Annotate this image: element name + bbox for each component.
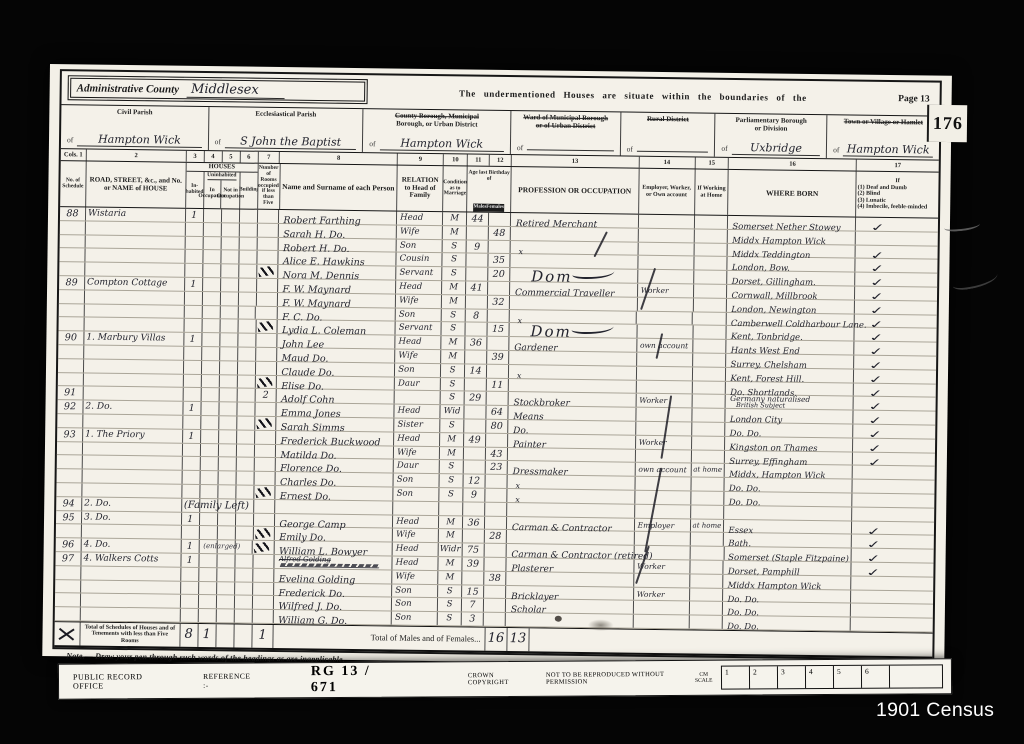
cell-building (235, 582, 253, 595)
cell-uninhabited-occ (203, 250, 221, 263)
cell-road (81, 594, 181, 608)
cell-relation: Son (395, 363, 441, 376)
cell-condition: S (440, 460, 464, 473)
district-of-line: ofHampton Wick (365, 137, 508, 152)
cell-rooms (257, 251, 279, 264)
totals-rooms: 1 (252, 625, 274, 648)
district-value: Uxbridge (732, 142, 821, 156)
cell-employer (638, 256, 694, 270)
cell-at-home: at home (691, 464, 725, 477)
cell-schedule (58, 373, 84, 386)
cell-uninhabited-occ (202, 319, 220, 332)
cell-name: George Camp (275, 514, 393, 528)
cell-age-female: 15 (487, 323, 509, 336)
district-value: Hampton Wick (77, 133, 202, 148)
cell-age-female (484, 599, 506, 612)
totals-blank (529, 628, 932, 656)
cell-age-male (464, 447, 486, 460)
header-age-title: Age last Birthday of (468, 166, 511, 182)
cell-infirmity: ✓ (856, 218, 938, 232)
cell-age-female (485, 502, 507, 515)
district-label: Town or Village or Hamlet (829, 118, 937, 127)
cell-rooms (254, 486, 276, 499)
of-word: of (369, 139, 375, 148)
cell-name: Claude Do. (277, 362, 395, 376)
cell-inhabited (184, 347, 202, 360)
cell-condition: M (439, 529, 463, 542)
header-schedule: No. of Schedule (60, 161, 87, 206)
cell-uninhabited-occ (203, 278, 221, 291)
cell-uninhabited-occ (200, 471, 218, 484)
cell-name: John Lee (278, 334, 396, 348)
cell-employer (637, 311, 693, 325)
cell-road (81, 566, 181, 580)
cell-schedule (57, 414, 83, 427)
cell-age-female: 23 (486, 461, 508, 474)
header-uninh-not-occupied: Not in Occupation (221, 180, 239, 209)
of-word: of (215, 137, 221, 146)
cell-condition: S (438, 598, 462, 611)
cell-name: Adolf Cohn (277, 389, 395, 403)
column-number: 15 (695, 157, 729, 168)
cell-relation: Head (395, 405, 441, 418)
cell-relation: Head (393, 556, 439, 569)
cell-condition: S (443, 240, 467, 253)
cell-rooms: 2 (255, 389, 277, 402)
of-word: of (833, 145, 839, 154)
cell-profession: Scholar (506, 599, 634, 613)
cell-uninhabited-not (218, 485, 236, 498)
cell-road (86, 221, 186, 235)
cell-rooms (253, 513, 275, 526)
cell-age-male (466, 254, 488, 267)
district-label: Ecclesiastical Parish (211, 110, 361, 119)
cell-profession: Gardener (509, 337, 637, 351)
administrative-county-value: Middlesex (187, 82, 285, 99)
cell-at-home (692, 381, 726, 394)
cell-schedule: 93 (57, 428, 83, 441)
cell-infirmity (851, 576, 933, 590)
cell-name: Maud Do. (278, 348, 396, 362)
cell-condition: S (442, 309, 466, 322)
cell-uninhabited-occ (201, 430, 219, 443)
cell-profession: Dressmaker (508, 461, 636, 475)
cell-building (236, 513, 254, 526)
cell-uninhabited-not (216, 609, 234, 622)
cell-at-home (694, 284, 728, 297)
district-cell: Ward of Municipal Boroughor of Urban Dis… (511, 111, 621, 155)
cell-road: 4. Walkers Cotts (81, 552, 181, 566)
cell-relation: Sister (394, 418, 440, 431)
header-name: Name and Surname of each Person (280, 164, 398, 211)
cell-name: Frederick Buckwood (277, 431, 395, 445)
cell-condition: Wid (440, 405, 464, 418)
cell-condition: M (440, 447, 464, 460)
cell-rooms (257, 237, 279, 250)
cell-uninhabited-occ (199, 568, 217, 581)
cell-at-home (690, 574, 724, 587)
cell-at-home (691, 450, 725, 463)
cell-age-male: 9 (463, 488, 485, 501)
cell-at-home (690, 588, 724, 601)
cell-building (239, 265, 257, 278)
cell-name: William L. Bowyer (275, 541, 393, 555)
cell-at-home (692, 395, 726, 408)
cell-condition: S (439, 488, 463, 501)
cell-where-born: Cornwall, Millbrook (727, 285, 855, 299)
scale-cell: 3 (778, 666, 806, 688)
cell-rooms (255, 417, 277, 430)
pencil-annotation (951, 268, 999, 292)
cell-where-born: Somerset Nether Stowey (728, 216, 856, 230)
cell-relation: Son (396, 308, 442, 321)
cell-relation: Head (393, 543, 439, 556)
totals-cross-mark (54, 622, 80, 645)
cell-age-male: 36 (463, 516, 485, 529)
house-separator-mark (254, 487, 270, 498)
cell-age-male (467, 226, 489, 239)
district-label-line: Borough, or Urban District (365, 120, 508, 129)
cell-profession: x (507, 489, 635, 503)
cell-uninhabited-occ (201, 402, 219, 415)
district-label-line: Rural District (623, 116, 713, 125)
cell-where-born: Dorset, Pamphill (724, 561, 852, 575)
cell-schedule (56, 483, 82, 496)
cell-profession (506, 572, 634, 586)
cell-name: Robert Farthing (279, 210, 397, 224)
cell-building (238, 292, 256, 305)
cell-schedule (57, 442, 83, 455)
cell-age-male: 49 (464, 433, 486, 446)
cell-condition: M (442, 281, 466, 294)
cell-road (85, 304, 185, 318)
cell-age-female: 38 (484, 571, 506, 584)
cell-uninhabited-occ (202, 347, 220, 360)
header-condition: Condition as to Marriage (443, 166, 468, 211)
cell-where-born: Somerset (Staple Fitzpaine) (724, 547, 852, 561)
cell-profession (507, 530, 635, 544)
cell-at-home (694, 271, 728, 284)
cell-building (236, 444, 254, 457)
totals-males: 16 (485, 628, 507, 651)
cell-age-male: 36 (465, 337, 487, 350)
cell-inhabited (183, 443, 201, 456)
cell-profession: x (509, 365, 637, 379)
cell-infirmity: ✓ (855, 300, 937, 314)
column-number: 4 (204, 151, 222, 162)
cell-age-female (485, 516, 507, 529)
cell-schedule (56, 524, 82, 537)
cell-relation: Head (394, 432, 440, 445)
cell-rooms (256, 334, 278, 347)
cell-employer (637, 325, 693, 339)
cell-inhabited (183, 388, 201, 401)
cell-uninhabited-not (220, 333, 238, 346)
cell-employer (637, 366, 693, 380)
cell-rooms (256, 320, 278, 333)
cell-name: Emma Jones (277, 403, 395, 417)
cell-employer: own account (635, 463, 691, 477)
totals-females: 13 (507, 628, 529, 651)
cell-road (85, 290, 185, 304)
cell-uninhabited-not (218, 444, 236, 457)
cell-name: Florence Do. (276, 458, 394, 472)
cell-uninhabited-not (217, 554, 235, 567)
cell-age-male: 41 (466, 281, 488, 294)
cell-at-home (692, 436, 726, 449)
cell-name: Alfred Golding (275, 555, 393, 569)
cell-age-male (464, 406, 486, 419)
house-separator-mark (256, 321, 272, 332)
cell-uninhabited-occ (202, 306, 220, 319)
district-cell: Ecclesiastical ParishofS John the Baptis… (209, 107, 364, 152)
cell-uninhabited-occ (199, 526, 217, 539)
cell-age-female (487, 365, 509, 378)
cell-rooms (255, 361, 277, 374)
cell-condition: M (440, 433, 464, 446)
cell-schedule (59, 290, 85, 303)
cell-where-born: Do. Do. (726, 423, 854, 437)
cell-profession: Means (508, 406, 636, 420)
district-of-line: of (513, 143, 618, 153)
cell-road (82, 525, 182, 539)
cell-age-male: 7 (462, 599, 484, 612)
cell-at-home (691, 505, 725, 518)
cell-inhabited (183, 374, 201, 387)
district-label: Rural District (623, 116, 713, 125)
totals-uninhabited: 1 (198, 624, 216, 647)
cell-relation: Wife (395, 350, 441, 363)
cell-uninhabited-not (217, 527, 235, 540)
cell-profession: Dom (510, 268, 638, 282)
cell-where-born: Middx Teddington (728, 243, 856, 257)
cell-road: 1. The Priory (83, 428, 183, 442)
cell-relation: Daur (394, 460, 440, 473)
cell-age-male: 8 (466, 309, 488, 322)
cell-relation (393, 501, 439, 514)
record-office-strip: PUBLIC RECORD OFFICE REFERENCE :- RG 13 … (58, 658, 952, 699)
cell-age-female (487, 392, 509, 405)
cell-employer (638, 270, 694, 284)
cell-name: F. W. Maynard (279, 279, 397, 293)
cell-age-female (487, 337, 509, 350)
cm-scale-label: CM SCALE (691, 672, 716, 684)
cell-road: Wistaria (86, 207, 186, 221)
district-cell: Civil ParishofHampton Wick (61, 105, 209, 150)
header-relation: RELATION to Head of Family (397, 166, 443, 212)
cell-building (235, 554, 253, 567)
header-rooms: Number of Rooms occupied if less than Fi… (258, 164, 281, 209)
cell-condition: M (442, 295, 466, 308)
cell-where-born: London City (726, 409, 854, 423)
cell-inhabited (182, 471, 200, 484)
cell-uninhabited-occ (200, 513, 218, 526)
cell-infirmity: ✓ (854, 411, 936, 425)
cell-age-male (463, 502, 485, 515)
cell-building (234, 596, 252, 609)
cell-building (238, 306, 256, 319)
cell-profession (511, 227, 639, 241)
cell-at-home (693, 353, 727, 366)
cell-relation: Wife (392, 570, 438, 583)
cell-infirmity: ✓ (855, 273, 937, 287)
district-label: County Borough, MunicipalBorough, or Urb… (365, 112, 508, 129)
cell-condition: S (442, 323, 466, 336)
administrative-county-box: Administrative County Middlesex (68, 75, 368, 104)
cell-road (85, 263, 185, 277)
cell-infirmity: ✓ (854, 397, 936, 411)
cell-uninhabited-not (221, 264, 239, 277)
cell-at-home (693, 298, 727, 311)
cell-inhabited: 1 (186, 209, 204, 222)
struck-name: Alfred Golding (275, 555, 392, 570)
cell-relation: Head (393, 515, 439, 528)
cell-rooms (255, 430, 277, 443)
of-word: of (627, 145, 633, 154)
cell-where-born: Do. Do. (725, 478, 853, 492)
cell-uninhabited-occ (202, 361, 220, 374)
cell-where-born: Kent, Forest Hill. (726, 368, 854, 382)
cm-scale-bar: 123456 (721, 664, 943, 689)
cell-age-male: 9 (467, 240, 489, 253)
pencil-annotation (944, 219, 981, 232)
cell-road: 1. Marbury Villas (84, 332, 184, 346)
cell-at-home (689, 602, 723, 615)
cell-uninhabited-not (221, 278, 239, 291)
cell-road (83, 456, 183, 470)
cell-age-female: 28 (485, 530, 507, 543)
cell-building (235, 568, 253, 581)
cell-age-female (488, 309, 510, 322)
district-label-line: or Division (718, 124, 825, 133)
cell-infirmity (853, 466, 935, 480)
cell-infirmity: ✓ (854, 356, 936, 370)
cell-infirmity (851, 590, 933, 604)
cell-name: Evelina Golding (275, 569, 393, 583)
cell-relation: Wife (394, 446, 440, 459)
cell-uninhabited-not (221, 251, 239, 264)
cell-employer (636, 408, 692, 422)
district-value (637, 151, 709, 153)
cell-at-home: at home (690, 519, 724, 532)
cell-building (237, 430, 255, 443)
district-cell: Town or Village or HamletofHampton Wick (827, 115, 939, 159)
cell-schedule: 91 (58, 386, 84, 399)
cell-profession (509, 379, 637, 393)
cell-uninhabited-not (222, 209, 240, 222)
cell-age-female (489, 213, 511, 226)
census-form: Administrative County Middlesex The unde… (52, 69, 942, 660)
header-age-females: Females (486, 204, 504, 212)
cell-road: 4. Do. (82, 539, 182, 553)
cell-age-female (486, 433, 508, 446)
cell-age-female: 64 (486, 406, 508, 419)
cell-name: Nora M. Dennis (279, 265, 397, 279)
cell-inhabited (180, 609, 198, 622)
house-separator-mark (256, 376, 272, 387)
cell-rooms (256, 293, 278, 306)
cell-rooms (253, 582, 275, 595)
cell-condition: S (441, 378, 465, 391)
cell-building (238, 347, 256, 360)
cell-age-male: 39 (462, 557, 484, 570)
cell-inhabited (185, 236, 203, 249)
cell-at-home (693, 312, 727, 325)
house-separator-mark (257, 266, 273, 277)
cell-uninhabited-not (219, 430, 237, 443)
cell-building (240, 209, 258, 222)
cell-relation: Wife (397, 225, 443, 238)
cell-where-born (725, 506, 853, 520)
cell-age-male (463, 530, 485, 543)
cell-age-female: 11 (487, 378, 509, 391)
district-value: Hampton Wick (379, 137, 504, 152)
cell-inhabited (183, 416, 201, 429)
cell-where-born: Surrey, Effingham (725, 450, 853, 464)
district-cell: County Borough, MunicipalBorough, or Urb… (363, 109, 511, 154)
cell-name: Wilfred J. Do. (274, 596, 392, 610)
cell-infirmity: ✓ (855, 328, 937, 342)
cell-inhabited (185, 292, 203, 305)
cell-age-male: 29 (465, 392, 487, 405)
column-number: 9 (398, 154, 444, 166)
cell-where-born: Germany naturalisedBritish Subject (726, 395, 854, 409)
scale-cell: 5 (834, 666, 862, 688)
cell-name: Matilda Do. (276, 445, 394, 459)
cell-employer (635, 449, 691, 463)
column-number: Cols. 1 (61, 149, 87, 160)
cell-schedule (59, 318, 85, 331)
cell-age-female: 43 (486, 447, 508, 460)
reference-number: RG 13 / 671 (311, 664, 394, 697)
cell-rooms (254, 458, 276, 471)
cell-at-home (693, 340, 727, 353)
archive-stamp: 176 (929, 105, 967, 142)
cell-rooms (256, 348, 278, 361)
cell-road (82, 470, 182, 484)
cell-where-born: Essex (724, 519, 852, 533)
cell-inhabited (181, 526, 199, 539)
public-record-office-label: PUBLIC RECORD OFFICE (73, 672, 165, 691)
crown-copyright-label: CROWN COPYRIGHT (468, 672, 530, 686)
cell-uninhabited-not (220, 361, 238, 374)
cell-inhabited (184, 305, 202, 318)
header-where-born: WHERE BORN (729, 170, 857, 217)
cell-where-born: Surrey, Chelsham (727, 354, 855, 368)
cell-name: Lydia L. Coleman (278, 320, 396, 334)
cell-employer (633, 615, 689, 629)
cell-condition: M (439, 557, 463, 570)
cell-rooms (257, 210, 279, 223)
cell-profession: Bricklayer (506, 586, 634, 600)
cell-age-male (464, 461, 486, 474)
district-label: Civil Parish (63, 108, 206, 117)
cell-uninhabited-not (220, 320, 238, 333)
cell-name: Frederick Do. (275, 583, 393, 597)
cell-road (81, 580, 181, 594)
cell-inhabited: (Family Left) (182, 498, 200, 511)
cell-employer: Worker (636, 394, 692, 408)
cell-uninhabited-not (220, 306, 238, 319)
cell-infirmity (853, 480, 935, 494)
cell-age-male (462, 571, 484, 584)
cell-uninhabited-occ (203, 264, 221, 277)
cell-age-male (464, 419, 486, 432)
cell-where-born: Do. Do. (723, 602, 851, 616)
cell-age-female (485, 489, 507, 502)
cell-at-home (692, 367, 726, 380)
cell-age-female (484, 558, 506, 571)
